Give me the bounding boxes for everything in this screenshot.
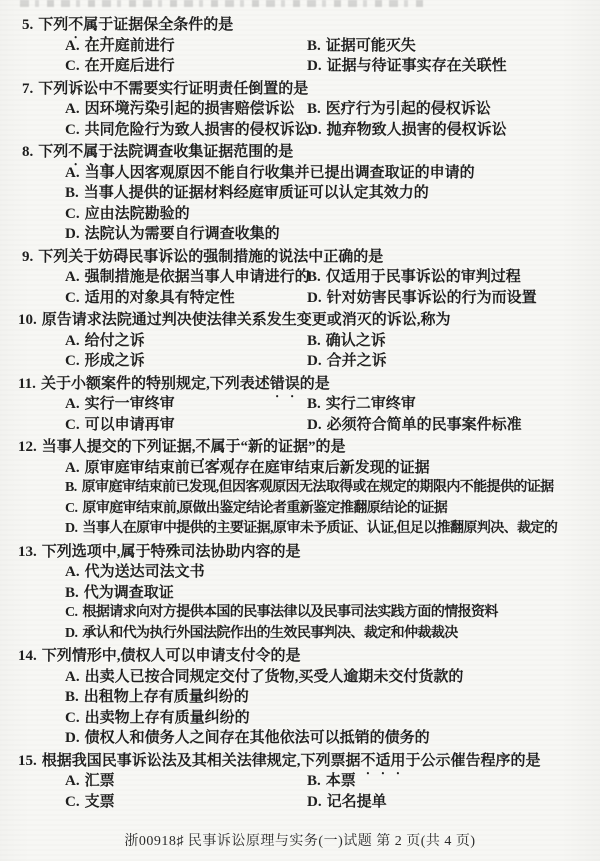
option-label: B.: [307, 269, 321, 285]
option-label: C.: [65, 605, 77, 620]
stem-emphasized-text: 不需要: [113, 81, 158, 97]
option-row: B.代为调查取证: [0, 583, 600, 604]
option-text: 汇票: [85, 773, 115, 789]
question-stem: 10.原告请求法院通过判决使法律关系发生变更或消灭的诉讼,称为: [0, 310, 600, 331]
option-label: A.: [65, 165, 80, 181]
stem-text: 原告请求法院通过判决使法律关系发生变更或消灭的诉讼,称为: [42, 312, 451, 328]
option-text: 在开庭前进行: [85, 38, 175, 54]
option-label: A.: [65, 101, 80, 117]
option-row: C.出卖物上存有质量纠纷的: [0, 708, 600, 729]
options-group: A.汇票B.本票C.支票D.记名提单: [0, 771, 600, 812]
option-label: A.: [65, 564, 80, 580]
option-label: D.: [307, 58, 322, 74]
option-text: 共同危险行为致人损害的侵权诉讼: [85, 122, 310, 138]
stem-emphasized-text: 不属于: [68, 17, 113, 33]
option-label: B.: [65, 689, 79, 705]
stem-text: 关于小额案件的特别规定,下列表述: [41, 376, 270, 392]
option-label: A.: [65, 269, 80, 285]
question-number: 14.: [18, 648, 37, 664]
option-row: A.出卖人已按合同规定交付了货物,买受人逾期未交付货款的: [0, 667, 600, 688]
option-text: 出租物上存有质量纠纷的: [84, 689, 249, 705]
stem-text: 实行证明责任倒置的是: [158, 81, 308, 97]
option-row: B.实行二审终审: [307, 394, 600, 415]
option-text: 当事人因客观原因不能自行收集并已提出调查取证的申请的: [85, 165, 475, 181]
option-row: C.应由法院勘验的: [0, 204, 600, 225]
option-text: 抛弃物致人损害的侵权诉讼: [327, 122, 507, 138]
question-stem: 13.下列选项中,属于特殊司法协助内容的是: [0, 542, 600, 563]
option-label: C.: [65, 58, 80, 74]
question-number: 10.: [18, 312, 37, 328]
option-row: B.出租物上存有质量纠纷的: [0, 687, 600, 708]
stem-text: 证据保全条件的是: [113, 17, 233, 33]
question: 10.原告请求法院通过判决使法律关系发生变更或消灭的诉讼,称为A.给付之诉B.确…: [0, 310, 600, 372]
option-text: 证据与待证事实存在关联性: [327, 58, 507, 74]
option-row: D.承认和代为执行外国法院作出的生效民事判决、裁定和仲裁裁决: [0, 624, 600, 645]
option-label: D.: [65, 226, 80, 242]
question-stem: 12.当事人提交的下列证据,不属于“新的证据”的是: [0, 437, 600, 458]
stem-text: 当事人提交的下列证据,: [42, 439, 196, 455]
question-number: 7.: [22, 81, 33, 97]
question: 7.下列诉讼中不需要实行证明责任倒置的是A.因环境污染引起的损害赔偿诉讼B.医疗…: [0, 79, 600, 141]
option-label: B.: [307, 38, 321, 54]
questions: 5.下列不属于证据保全条件的是A.在开庭前进行B.证据可能灭失C.在开庭后进行D…: [0, 15, 600, 812]
option-row: A.给付之诉: [65, 331, 307, 352]
option-label: A.: [65, 38, 80, 54]
option-row: A.实行一审终审: [65, 394, 307, 415]
option-row: C.共同危险行为致人损害的侵权诉讼: [65, 120, 307, 141]
question-stem: 9.下列关于妨碍民事诉讼的强制措施的说法中正确的是: [0, 247, 600, 268]
question-number: 5.: [22, 17, 33, 33]
question-number: 11.: [18, 376, 36, 392]
option-text: 实行一审终审: [85, 396, 175, 412]
stem-emphasized-text: 不适用: [361, 753, 406, 769]
option-label: C.: [65, 794, 80, 810]
option-text: 出卖物上存有质量纠纷的: [85, 710, 250, 726]
option-text: 记名提单: [327, 794, 387, 810]
question: 5.下列不属于证据保全条件的是A.在开庭前进行B.证据可能灭失C.在开庭后进行D…: [0, 15, 600, 77]
option-text: 证据可能灭失: [326, 38, 416, 54]
option-label: C.: [65, 122, 80, 138]
option-row: A.在开庭前进行: [65, 36, 307, 57]
option-row: D.法院认为需要自行调查收集的: [0, 224, 600, 245]
option-label: C.: [65, 710, 80, 726]
option-row: C.形成之诉: [65, 351, 307, 372]
question-number: 9.: [22, 249, 33, 265]
stem-text: 于公示催告程序的是: [406, 753, 541, 769]
options-group: A.实行一审终审B.实行二审终审C.可以申请再审D.必须符合简单的民事案件标准: [0, 394, 600, 435]
option-row: B.原审庭审结束前已发现,但因客观原因无法取得或在规定的期限内不能提供的证据: [0, 478, 600, 499]
question-stem: 7.下列诉讼中不需要实行证明责任倒置的是: [0, 79, 600, 100]
option-row: D.必须符合简单的民事案件标准: [307, 415, 600, 436]
options-group: A.当事人因客观原因不能自行收集并已提出调查取证的申请的B.当事人提供的证据材料…: [0, 163, 600, 245]
option-text: 法院认为需要自行调查收集的: [85, 226, 280, 242]
exam-page: 5.下列不属于证据保全条件的是A.在开庭前进行B.证据可能灭失C.在开庭后进行D…: [0, 0, 600, 861]
option-label: C.: [65, 501, 77, 516]
question-number: 12.: [18, 439, 37, 455]
scan-ghost-line: [20, 0, 430, 7]
option-text: 确认之诉: [326, 333, 386, 349]
question: 12.当事人提交的下列证据,不属于“新的证据”的是A.原审庭审结束前已客观存在庭…: [0, 437, 600, 540]
question: 14.下列情形中,债权人可以申请支付令的是A.出卖人已按合同规定交付了货物,买受…: [0, 646, 600, 749]
option-label: A.: [65, 396, 80, 412]
options-group: A.强制措施是依据当事人申请进行的B.仅适用于民事诉讼的审判过程C.适用的对象具…: [0, 267, 600, 308]
option-text: 原审庭审结束前,原做出鉴定结论者重新鉴定推翻原结论的证据: [82, 501, 447, 516]
option-row: A.当事人因客观原因不能自行收集并已提出调查取证的申请的: [0, 163, 600, 184]
stem-text: 根据我国民事诉讼法及其相关法律规定,下列票据: [42, 753, 361, 769]
option-label: C.: [65, 206, 80, 222]
options-group: A.代为送达司法文书B.代为调查取证C.根据请求向对方提供本国的民事法律以及民事…: [0, 562, 600, 644]
option-row: D.抛弃物致人损害的侵权诉讼: [307, 120, 600, 141]
question-number: 13.: [18, 544, 37, 560]
option-row: C.原审庭审结束前,原做出鉴定结论者重新鉴定推翻原结论的证据: [0, 499, 600, 520]
options-group: A.出卖人已按合同规定交付了货物,买受人逾期未交付货款的B.出租物上存有质量纠纷…: [0, 667, 600, 749]
stem-emphasized-text: 不属于: [68, 144, 113, 160]
option-row: A.代为送达司法文书: [0, 562, 600, 583]
stem-text: “新的证据”的是: [241, 439, 346, 455]
option-row: A.因环境污染引起的损害赔偿诉讼: [65, 99, 307, 120]
option-text: 针对妨害民事诉讼的行为而设置: [327, 290, 537, 306]
option-row: C.在开庭后进行: [65, 56, 307, 77]
option-label: D.: [307, 417, 322, 433]
question: 8.下列不属于法院调查收集证据范围的是A.当事人因客观原因不能自行收集并已提出调…: [0, 142, 600, 245]
option-text: 医疗行为引起的侵权诉讼: [326, 101, 491, 117]
option-text: 仅适用于民事诉讼的审判过程: [326, 269, 521, 285]
question-stem: 14.下列情形中,债权人可以申请支付令的是: [0, 646, 600, 667]
option-text: 在开庭后进行: [85, 58, 175, 74]
option-label: A.: [65, 333, 80, 349]
stem-text: 的是: [300, 376, 330, 392]
stem-emphasized-text: 不属于: [196, 439, 241, 455]
option-label: B.: [65, 185, 79, 201]
option-text: 合并之诉: [327, 353, 387, 369]
options-group: A.原审庭审结束前已客观存在庭审结束后新发现的证据B.原审庭审结束前已发现,但因…: [0, 458, 600, 540]
option-row: A.汇票: [65, 771, 307, 792]
option-label: D.: [65, 521, 77, 536]
option-row: B.仅适用于民事诉讼的审判过程: [307, 267, 600, 288]
option-label: C.: [65, 353, 80, 369]
option-label: A.: [65, 460, 80, 476]
option-label: B.: [307, 333, 321, 349]
question: 9.下列关于妨碍民事诉讼的强制措施的说法中正确的是A.强制措施是依据当事人申请进…: [0, 247, 600, 309]
stem-emphasized-text: 错误: [270, 376, 300, 392]
option-text: 当事人在原审中提供的主要证据,原审未予质证、认证,但足以推翻原判决、裁定的: [82, 521, 557, 536]
question: 13.下列选项中,属于特殊司法协助内容的是A.代为送达司法文书B.代为调查取证C…: [0, 542, 600, 645]
option-text: 原审庭审结束前已发现,但因客观原因无法取得或在规定的期限内不能提供的证据: [82, 480, 554, 495]
option-text: 形成之诉: [85, 353, 145, 369]
option-row: B.医疗行为引起的侵权诉讼: [307, 99, 600, 120]
question-number: 15.: [18, 753, 37, 769]
option-text: 应由法院勘验的: [85, 206, 190, 222]
option-text: 因环境污染引起的损害赔偿诉讼: [85, 101, 295, 117]
question-stem: 5.下列不属于证据保全条件的是: [0, 15, 600, 36]
option-row: D.证据与待证事实存在关联性: [307, 56, 600, 77]
option-label: B.: [65, 585, 79, 601]
question-number: 8.: [22, 144, 33, 160]
options-group: A.给付之诉B.确认之诉C.形成之诉D.合并之诉: [0, 331, 600, 372]
option-label: D.: [307, 290, 322, 306]
option-label: B.: [65, 480, 77, 495]
options-group: A.在开庭前进行B.证据可能灭失C.在开庭后进行D.证据与待证事实存在关联性: [0, 36, 600, 77]
option-row: D.当事人在原审中提供的主要证据,原审未予质证、认证,但足以推翻原判决、裁定的: [0, 519, 600, 540]
option-row: B.证据可能灭失: [307, 36, 600, 57]
options-group: A.因环境污染引起的损害赔偿诉讼B.医疗行为引起的侵权诉讼C.共同危险行为致人损…: [0, 99, 600, 140]
option-text: 给付之诉: [85, 333, 145, 349]
option-label: C.: [65, 290, 80, 306]
option-row: C.适用的对象具有特定性: [65, 288, 307, 309]
option-row: C.可以申请再审: [65, 415, 307, 436]
question: 11.关于小额案件的特别规定,下列表述错误的是A.实行一审终审B.实行二审终审C…: [0, 374, 600, 436]
option-row: A.原审庭审结束前已客观存在庭审结束后新发现的证据: [0, 458, 600, 479]
page-footer: 浙00918♯ 民事诉讼原理与实务(一)试题 第 2 页(共 4 页): [0, 830, 600, 850]
option-text: 当事人提供的证据材料经庭审质证可以认定其效力的: [84, 185, 429, 201]
option-row: A.强制措施是依据当事人申请进行的: [65, 267, 307, 288]
option-text: 适用的对象具有特定性: [85, 290, 235, 306]
option-text: 代为调查取证: [84, 585, 174, 601]
stem-text: 下列情形中,债权人可以申请支付令的是: [42, 648, 301, 664]
stem-text: 法院调查收集证据范围的是: [113, 144, 293, 160]
option-text: 本票: [326, 773, 356, 789]
option-text: 债权人和债务人之间存在其他依法可以抵销的债务的: [85, 730, 430, 746]
stem-text: 下列选项中,属于特殊司法协助内容的是: [42, 544, 301, 560]
option-label: D.: [307, 122, 322, 138]
option-label: B.: [307, 396, 321, 412]
option-text: 根据请求向对方提供本国的民事法律以及民事司法实践方面的情报资料: [82, 605, 497, 620]
option-row: D.合并之诉: [307, 351, 600, 372]
option-label: D.: [65, 730, 80, 746]
option-label: A.: [65, 669, 80, 685]
question-stem: 8.下列不属于法院调查收集证据范围的是: [0, 142, 600, 163]
option-text: 强制措施是依据当事人申请进行的: [85, 269, 310, 285]
option-text: 原审庭审结束前已客观存在庭审结束后新发现的证据: [85, 460, 430, 476]
stem-text: 下列诉讼中: [38, 81, 113, 97]
option-row: B.本票: [307, 771, 600, 792]
option-row: D.记名提单: [307, 792, 600, 813]
option-row: C.根据请求向对方提供本国的民事法律以及民事司法实践方面的情报资料: [0, 603, 600, 624]
option-row: C.支票: [65, 792, 307, 813]
stem-text: 下列关于妨碍民事诉讼的强制措施的说法中正确的是: [38, 249, 383, 265]
option-label: B.: [307, 101, 321, 117]
option-text: 出卖人已按合同规定交付了货物,买受人逾期未交付货款的: [85, 669, 464, 685]
option-text: 支票: [85, 794, 115, 810]
option-text: 代为送达司法文书: [85, 564, 205, 580]
option-text: 必须符合简单的民事案件标准: [327, 417, 522, 433]
question-stem: 15.根据我国民事诉讼法及其相关法律规定,下列票据不适用于公示催告程序的是: [0, 751, 600, 772]
option-text: 可以申请再审: [85, 417, 175, 433]
option-row: B.确认之诉: [307, 331, 600, 352]
stem-text: 下列: [38, 17, 68, 33]
option-label: D.: [307, 794, 322, 810]
option-row: D.债权人和债务人之间存在其他依法可以抵销的债务的: [0, 728, 600, 749]
option-text: 实行二审终审: [326, 396, 416, 412]
option-label: B.: [307, 773, 321, 789]
option-row: B.当事人提供的证据材料经庭审质证可以认定其效力的: [0, 183, 600, 204]
option-label: D.: [65, 626, 77, 641]
option-label: A.: [65, 773, 80, 789]
question: 15.根据我国民事诉讼法及其相关法律规定,下列票据不适用于公示催告程序的是A.汇…: [0, 751, 600, 813]
option-label: C.: [65, 417, 80, 433]
question-stem: 11.关于小额案件的特别规定,下列表述错误的是: [0, 374, 600, 395]
option-label: D.: [307, 353, 322, 369]
option-row: D.针对妨害民事诉讼的行为而设置: [307, 288, 600, 309]
stem-text: 下列: [38, 144, 68, 160]
option-text: 承认和代为执行外国法院作出的生效民事判决、裁定和仲裁裁决: [82, 626, 457, 641]
